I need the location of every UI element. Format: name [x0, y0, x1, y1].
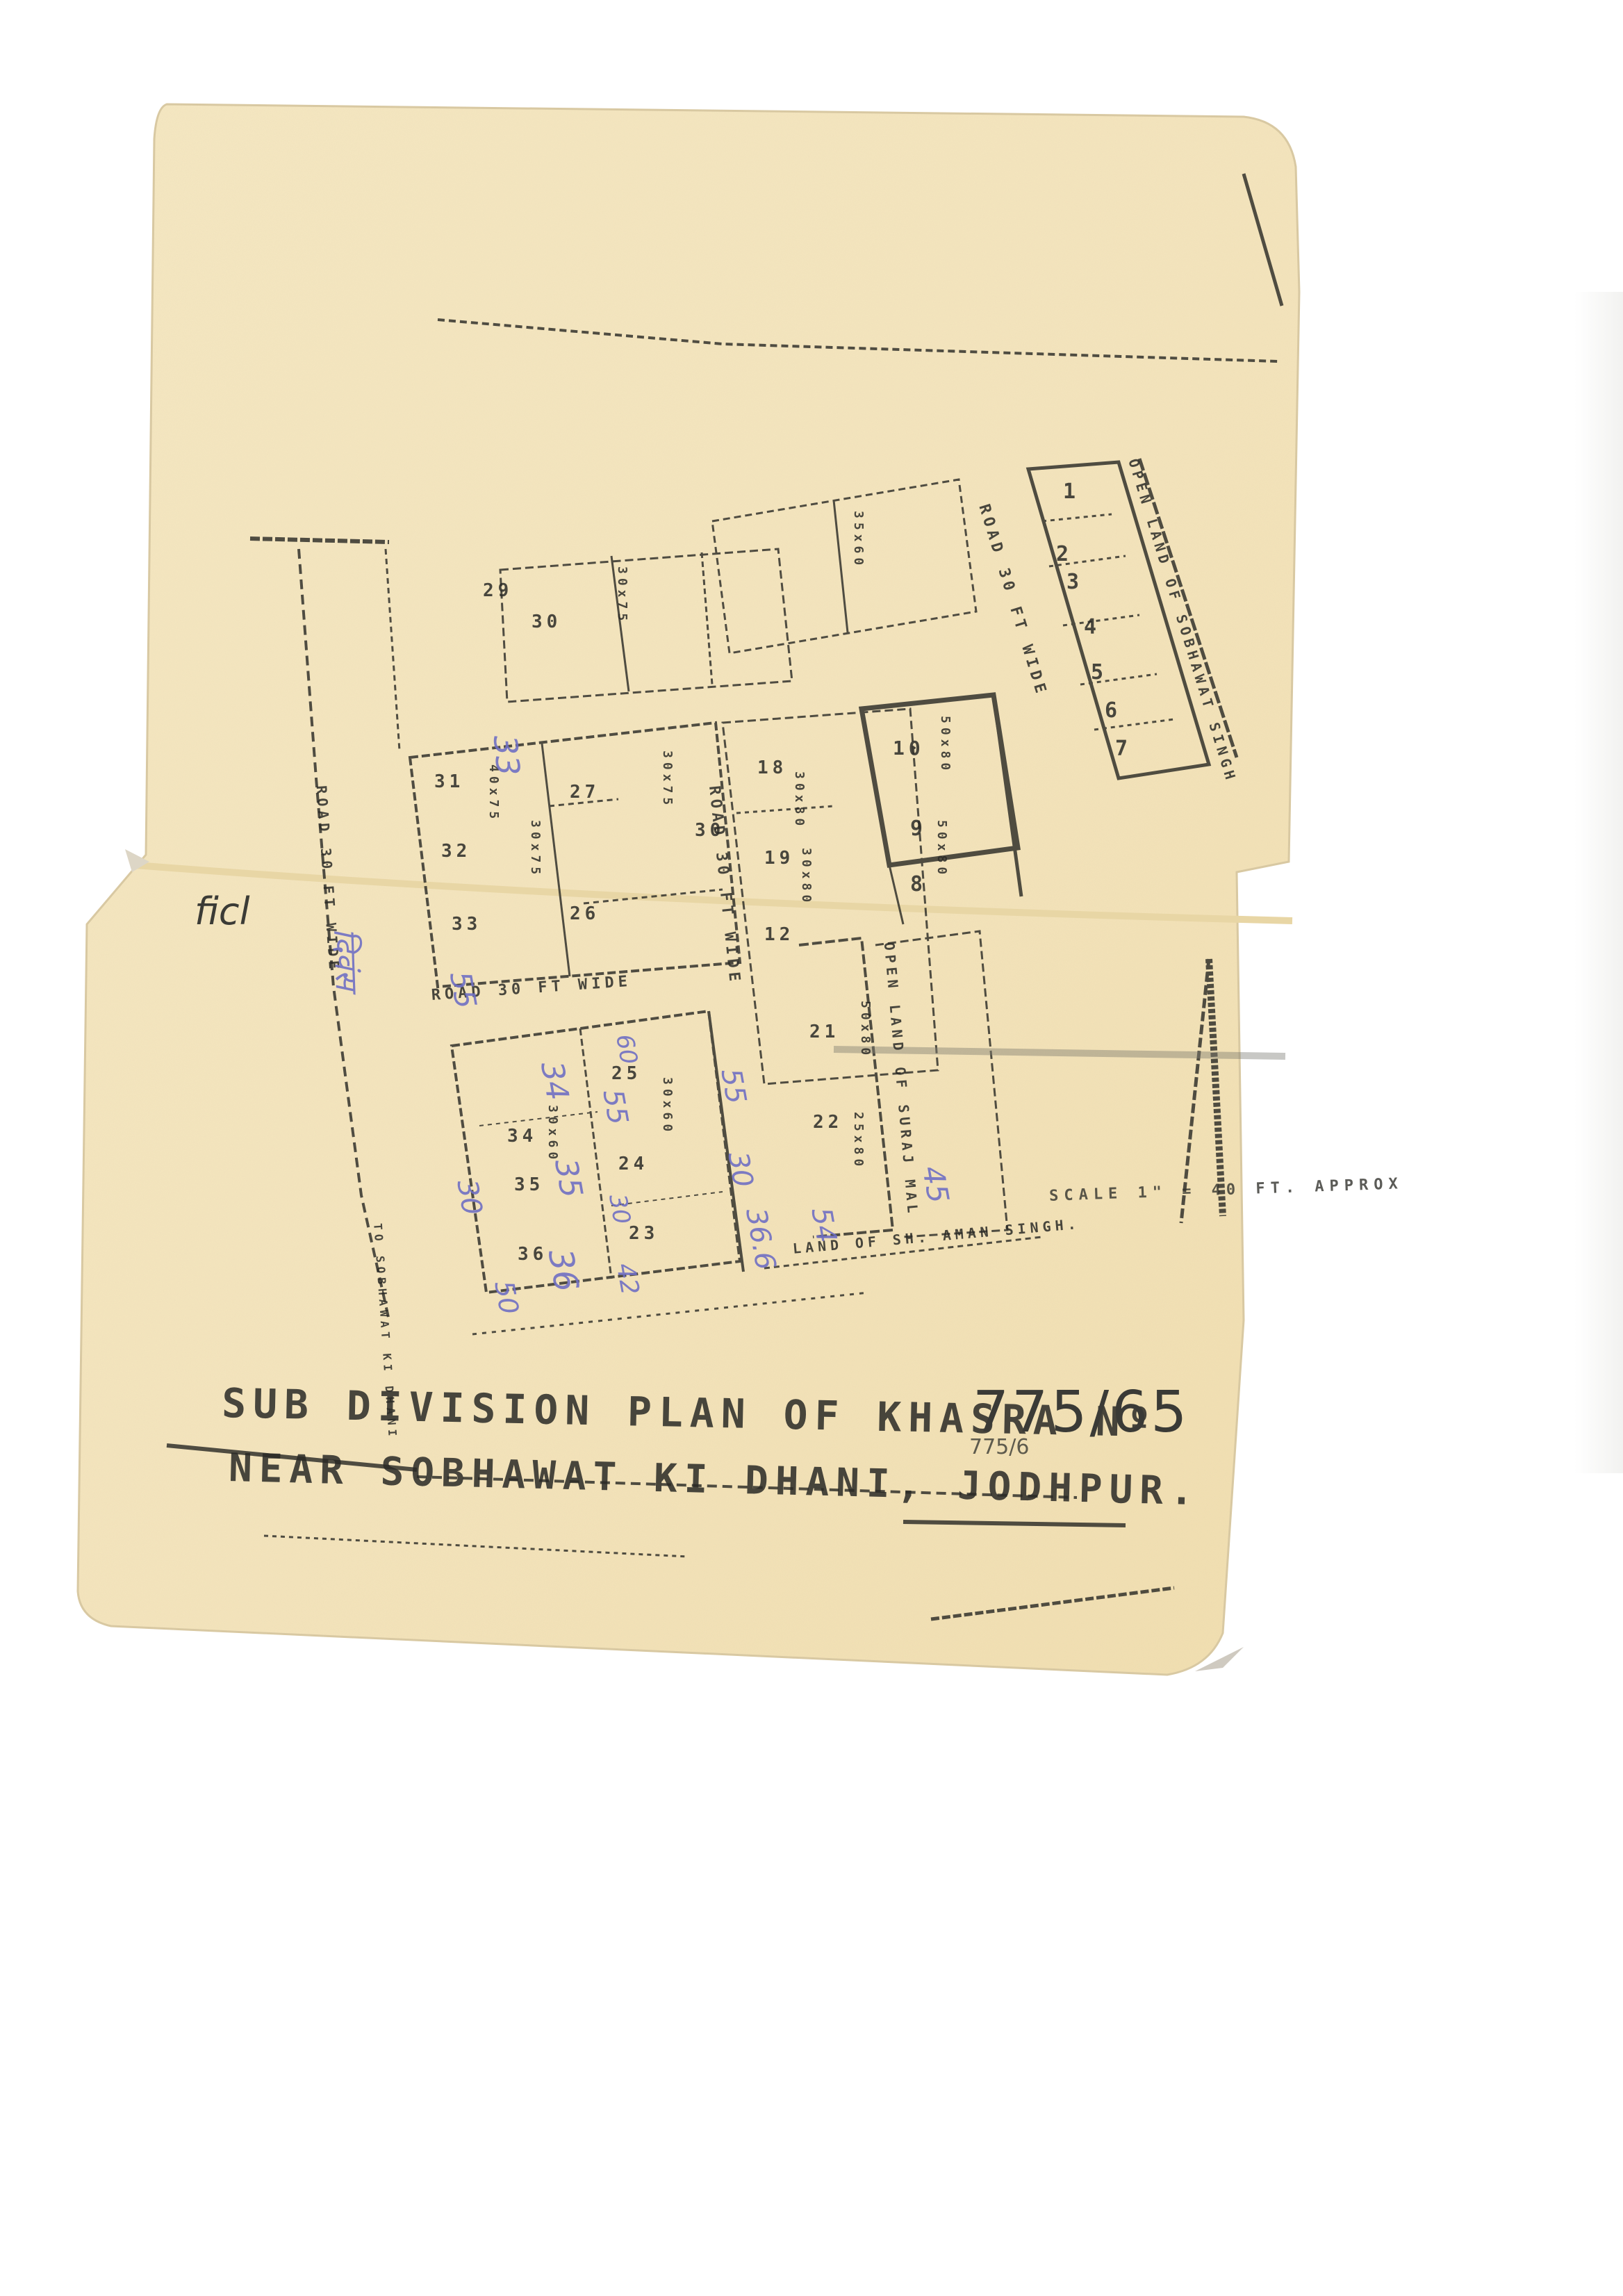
scanned-page: 1 2 3 4 5 6 7 8 9 10 12 21 22 18 19 27 2…	[0, 0, 1623, 2296]
plot-number: 21	[809, 1022, 839, 1042]
scale-label: SCALE 1" = 40 FT. APPROX	[1049, 1175, 1403, 1205]
plot-number: 10	[893, 737, 925, 760]
pen-annotation: 45	[916, 1163, 956, 1206]
road-label: OPEN LAND OF SOBHAWAT SINGH	[1125, 457, 1239, 785]
pen-annotation: 33	[486, 733, 527, 777]
plot-size: 30x60	[660, 1077, 675, 1135]
plot-number: 8	[910, 872, 927, 896]
plot-size: 30x60	[545, 1105, 560, 1163]
handwritten-note: ficl	[195, 889, 250, 933]
pen-annotation: 55	[596, 1087, 634, 1127]
plot-number: 29	[483, 580, 513, 601]
plot-size: 30x75	[660, 751, 675, 809]
plot-number: 32	[441, 841, 471, 862]
plot-number: 6	[1105, 698, 1121, 723]
plot-size: 35x60	[851, 511, 866, 569]
plot-number: 4	[1084, 615, 1101, 639]
plot-number: 5	[1091, 660, 1107, 684]
plot-number: 33	[452, 914, 481, 935]
pen-annotation: 55	[443, 969, 484, 1011]
road-label: ROAD 30 FT WIDE	[975, 502, 1050, 699]
pen-annotation: 55	[714, 1066, 752, 1106]
pen-annotation: 34	[534, 1058, 575, 1103]
pen-annotation: 36	[541, 1246, 586, 1295]
pen-annotation-hindi: दिवंस	[325, 927, 369, 990]
pen-annotation: 54	[805, 1205, 842, 1245]
plot-number: 24	[618, 1154, 648, 1174]
plot-size: 30x75	[528, 820, 543, 878]
road-label: ROAD 30 FT WIDE	[705, 785, 743, 986]
plot-number: 30	[532, 612, 561, 632]
pen-annotation: 36.6	[739, 1206, 782, 1272]
pen-annotation: 30	[603, 1192, 636, 1227]
plot-size: 50x80	[858, 1001, 873, 1059]
pen-annotation: 35	[547, 1156, 589, 1200]
plan-location: NEAR SOBHAWAT KI DHANI, JODHPUR.	[228, 1445, 1201, 1514]
map-drawing: 1 2 3 4 5 6 7 8 9 10 12 21 22 18 19 27 2…	[0, 0, 1623, 2296]
plot-number: 27	[570, 782, 600, 803]
pen-annotation: 30	[450, 1177, 488, 1217]
road-label: OPEN LAND OF SURAJ MAL	[881, 942, 922, 1217]
plot-number: 9	[910, 817, 927, 841]
plot-number: 18	[757, 757, 787, 778]
plot-number: 31	[434, 771, 464, 792]
plot-size: 25x80	[851, 1112, 866, 1170]
pen-annotation: 60	[610, 1032, 643, 1067]
plot-number: 22	[813, 1112, 843, 1133]
plot-number: 12	[764, 924, 794, 945]
plot-number: 2	[1056, 542, 1073, 566]
plot-size: 30x80	[792, 771, 807, 830]
plot-size: 30x75	[615, 566, 629, 625]
plot-number: 23	[629, 1223, 659, 1244]
plot-number: 34	[507, 1126, 537, 1147]
handwritten-reference-number: 775/65	[973, 1379, 1189, 1445]
plot-number: 1	[1063, 479, 1080, 504]
plot-number: 3	[1066, 570, 1083, 594]
plot-size: 50x80	[934, 820, 949, 878]
plot-number: 35	[514, 1174, 544, 1195]
plot-size: 50x80	[938, 716, 953, 774]
pen-annotation: 50	[488, 1278, 525, 1316]
plot-number: 19	[764, 848, 794, 869]
plot-number: 26	[570, 903, 600, 924]
pen-annotation: 42	[611, 1261, 644, 1297]
pen-annotation: 30	[721, 1149, 759, 1190]
plot-size: 30x80	[799, 848, 814, 906]
plot-number: 7	[1115, 737, 1132, 761]
